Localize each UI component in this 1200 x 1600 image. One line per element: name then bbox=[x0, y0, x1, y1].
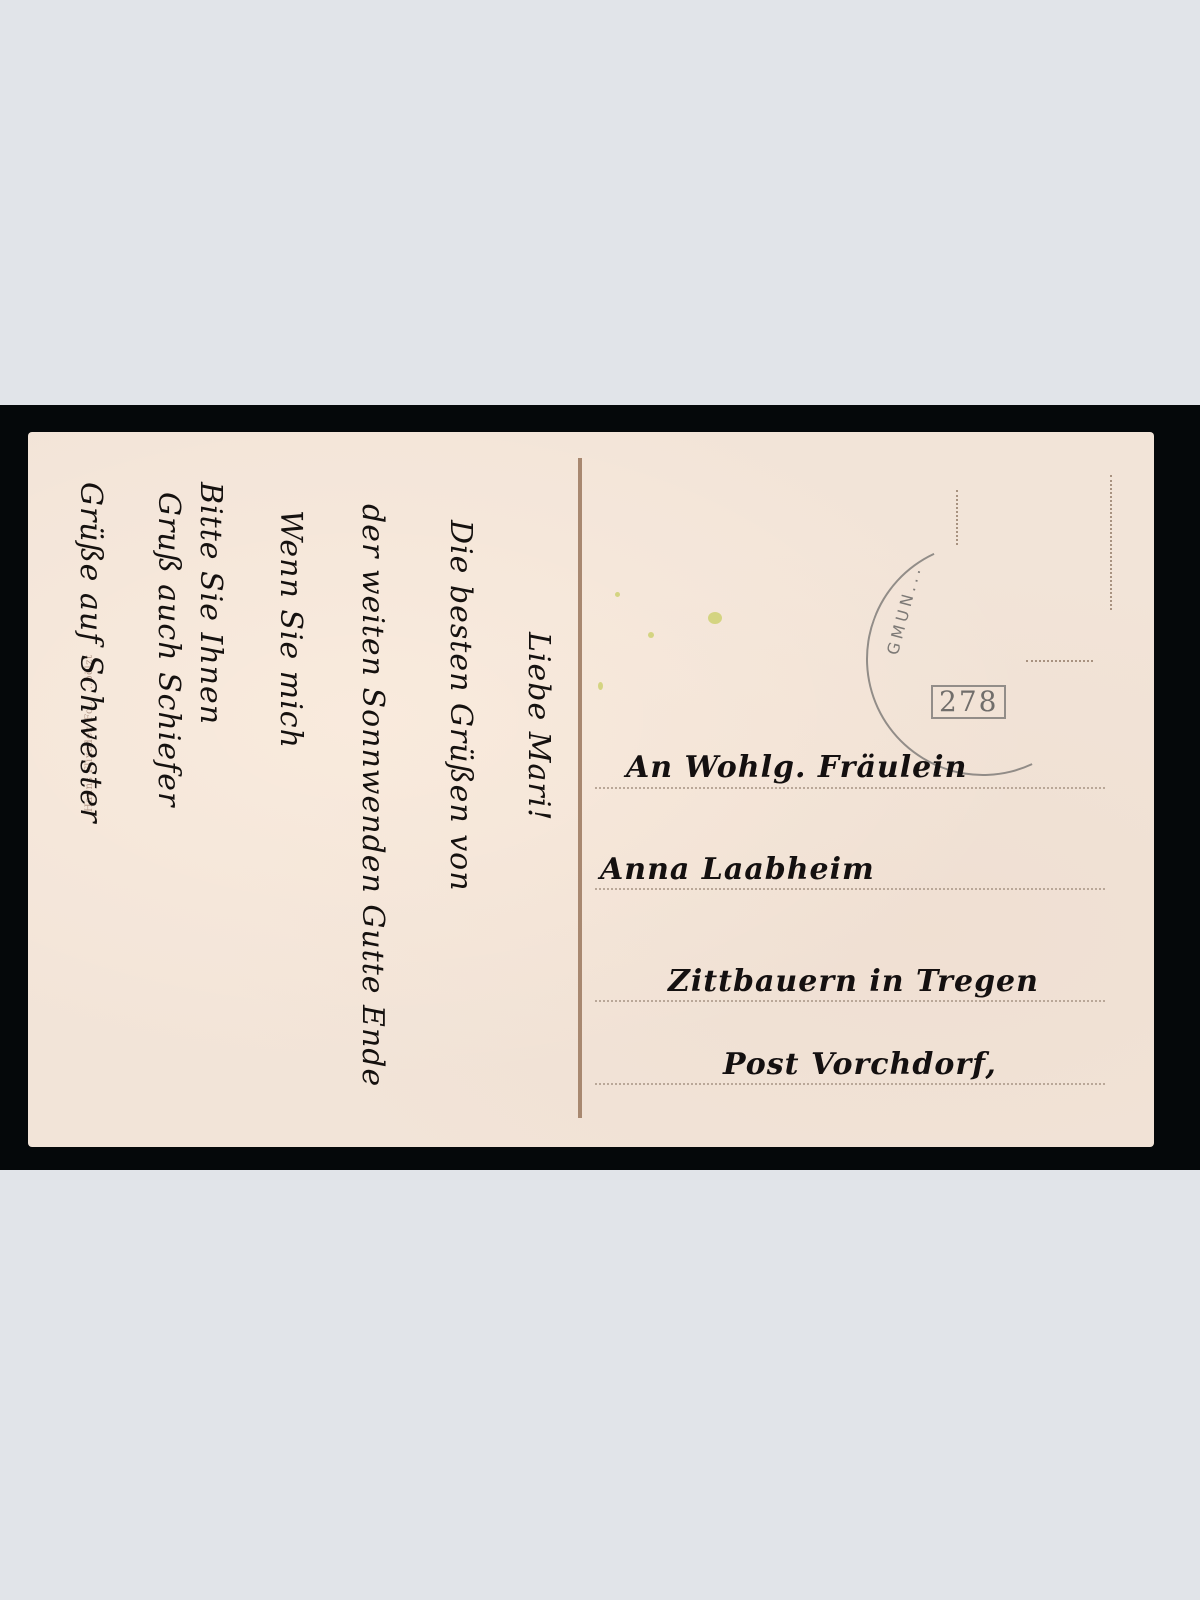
address-rule bbox=[595, 787, 1105, 789]
address-line: Anna Laabheim bbox=[600, 852, 875, 887]
address-rule bbox=[595, 1083, 1105, 1085]
message-line: Wenn Sie mich bbox=[273, 510, 308, 749]
stain bbox=[598, 682, 603, 690]
message-line: der weiten Sonnwenden Gutte Ende bbox=[355, 504, 390, 1087]
address-rule bbox=[595, 888, 1105, 890]
address-line: Zittbauern in Tregen bbox=[668, 964, 1039, 999]
stain bbox=[648, 632, 654, 638]
message-line: Die besten Grüßen von bbox=[443, 520, 478, 892]
message-line: Liebe Mari! bbox=[521, 632, 556, 821]
message-line: Gruß auch Schiefer bbox=[151, 492, 186, 807]
postcard: Hanns Flixeder, Fo... ...bölzt Liebe Mar… bbox=[28, 432, 1154, 1147]
address-line: Post Vorchdorf, bbox=[723, 1047, 997, 1082]
stain bbox=[708, 612, 722, 624]
stain bbox=[615, 592, 620, 597]
message-line: Grüße auf Schwester bbox=[73, 482, 108, 823]
stamp-box-marker bbox=[956, 490, 958, 545]
address-line: An Wohlg. Fräulein bbox=[626, 750, 967, 785]
message-line: Bitte Sie Ihnen bbox=[193, 482, 228, 725]
address-rule bbox=[595, 1000, 1105, 1002]
postmark-number: 278 bbox=[931, 685, 1006, 719]
stamp-box-marker bbox=[1110, 475, 1112, 610]
center-divider bbox=[578, 458, 582, 1118]
